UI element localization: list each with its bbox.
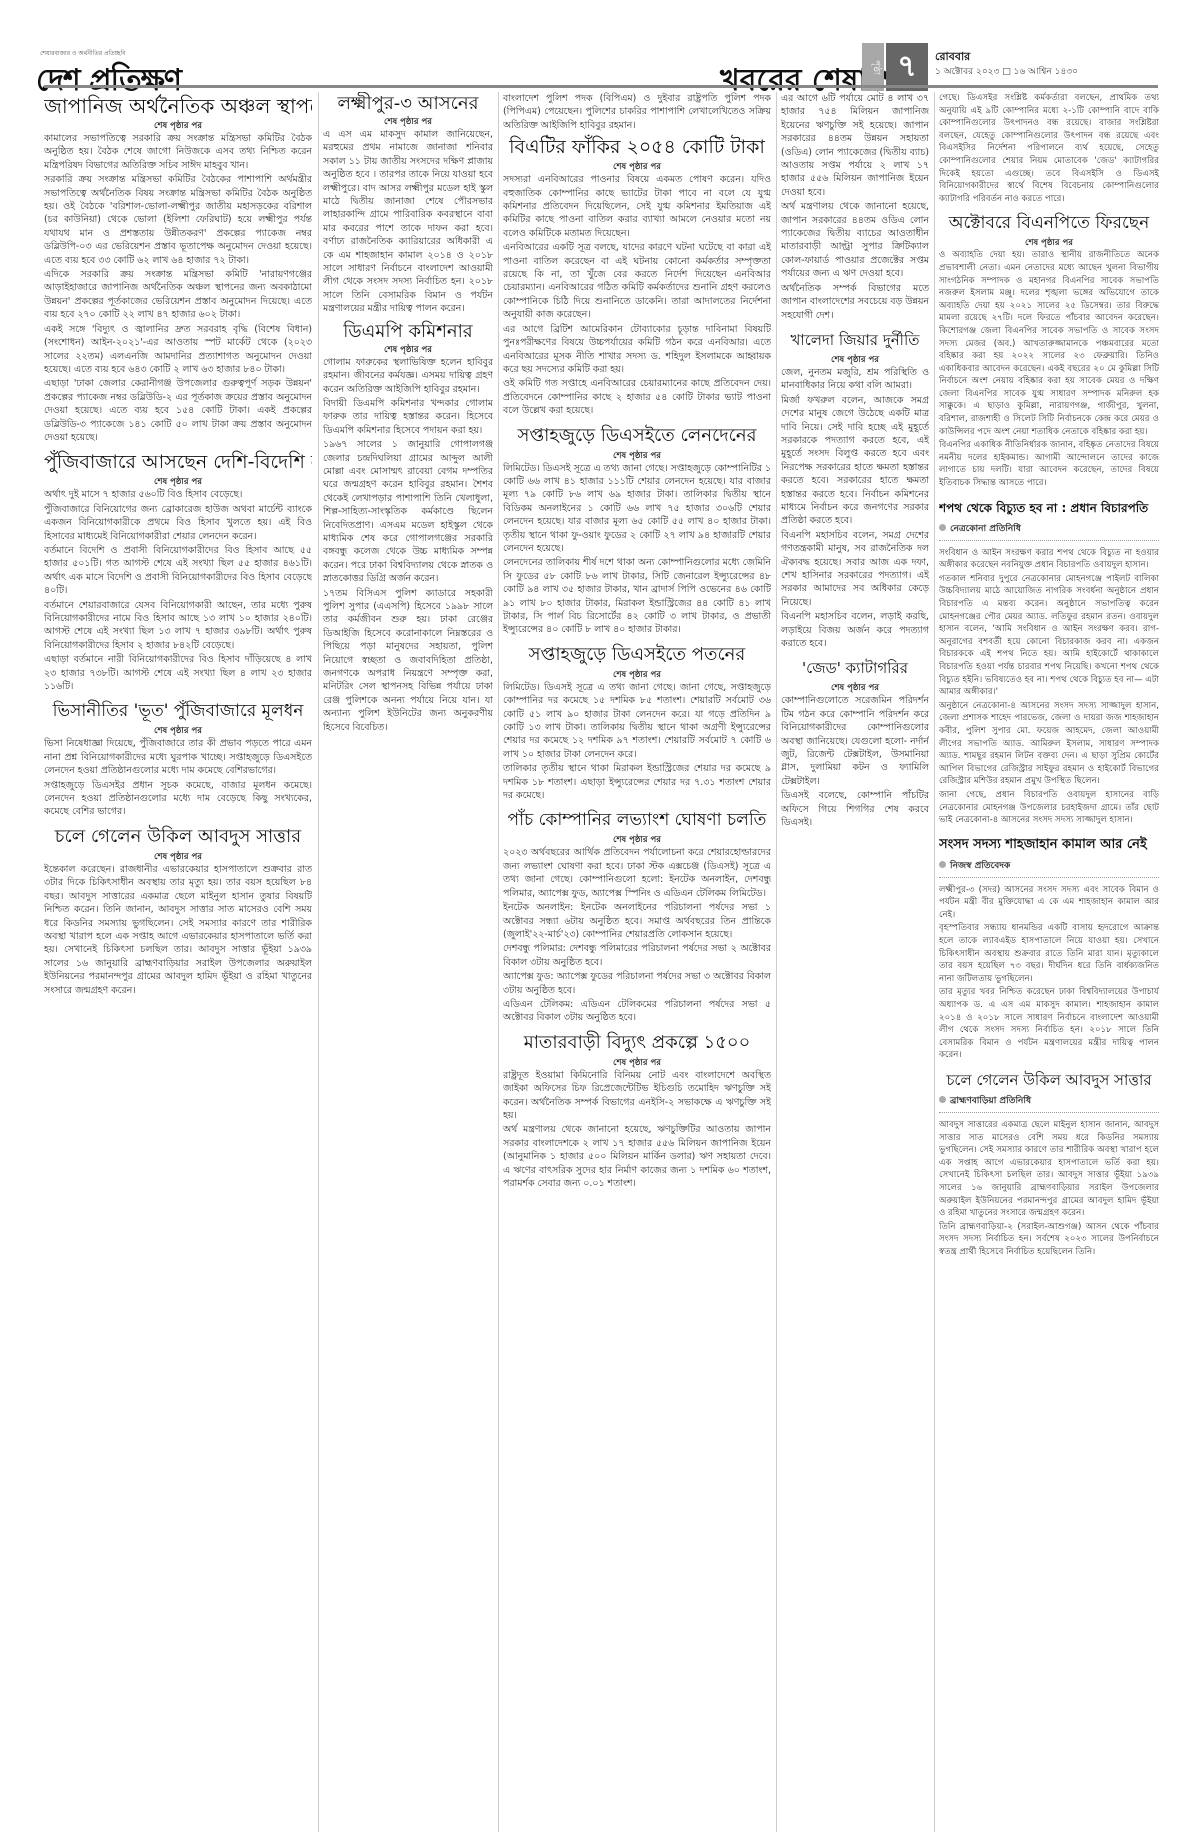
continued-label: শেষ পৃষ্ঠার পর <box>503 450 771 462</box>
paragraph: ইন্তেকাল করেছেন। রাজধানীর এভারকেয়ার হাস… <box>44 863 312 997</box>
column-fourth: এর আগে ৬টি পর্যায়ে মোট ৪ লাখ ৩৭ হাজার ৭… <box>781 92 929 1832</box>
paragraph: এ এস এম মাকসুদ কামাল জানিয়েছেন, মরহুমের… <box>323 128 493 316</box>
headline[interactable]: লক্ষ্মীপুর-৩ আসনের <box>323 92 493 116</box>
byline: নিজস্ব প্রতিবেদক <box>939 859 1159 878</box>
paragraph: ওই কমিটি গত সপ্তাহে এনবিআরের চেয়ারম্যান… <box>503 377 771 417</box>
continued-label: শেষ পৃষ্ঠার পর <box>44 851 312 863</box>
paragraph: লিমিটেড। ডিএসই সূত্রে এ তথ্য জানা গেছে। … <box>503 681 771 761</box>
byline: ব্রাহ্মণবাড়িয়া প্রতিনিধি <box>939 1094 1159 1113</box>
paragraph: ১৯৬৭ সালের ১ জানুয়ারি গোপালগঞ্জ জেলার চ… <box>323 438 493 585</box>
paragraph: বিদায়ী ডিএমপি কমিশনার খন্দকার গোলাম ফার… <box>323 397 493 437</box>
paragraph: সপ্তাহজুড়ে ডিএসইর প্রধান সূচক কমেছে, বা… <box>44 779 312 819</box>
paragraph: বাংলাদেশ পুলিশ পদক (বিপিএম) ও দুইবার রাষ… <box>503 92 771 132</box>
paragraph: লেনদেনের তালিকায় শীর্ষ দশে থাকা অন্য কো… <box>503 556 771 636</box>
paragraph: অনুষ্ঠানে নেত্রকোনা-৪ আসনের সংসদ সদস্য স… <box>939 700 1159 788</box>
paragraph: বৃহস্পতিবার সন্ধ্যায় ধানমন্ডির একটি বাস… <box>939 922 1159 985</box>
paragraph: জেল, নুনতম মজুরি, শ্রম পরিস্থিতি ও মানবা… <box>781 366 929 393</box>
article-dse-decline: সপ্তাহজুড়ে ডিএসইতে পতনের শেষ পৃষ্ঠার পর… <box>503 641 771 803</box>
paragraph: মির্জা ফখরুল বলেন, আজকে সমগ্র দেশের মানু… <box>781 394 929 528</box>
paragraph: ২০২৩ অর্থবছরের আর্থিক প্রতিবেদন পর্যালোচ… <box>503 846 771 900</box>
date-line: ১ অক্টোবর ২০২৩ □ ১৬ আশ্বিন ১৪৩০ <box>935 64 1078 79</box>
paragraph: কামালের সভাপতিত্বে সরকারি ক্রয় সংক্রান্… <box>44 132 312 172</box>
article-japanese-zone: জাপানিজ অর্থনৈতিক অঞ্চল স্থাপনে শেষ পৃষ্… <box>44 92 312 444</box>
top-rule <box>44 85 1158 88</box>
headline[interactable]: বিএটির ফাঁকির ২০৫৪ কোটি টাকা <box>503 133 771 161</box>
column-left: জাপানিজ অর্থনৈতিক অঞ্চল স্থাপনে শেষ পৃষ্… <box>44 92 312 1832</box>
paragraph: তিনি ব্রাহ্মণবাড়িয়া-২ (সরাইল-আশুগঞ্জ) … <box>939 1221 1159 1259</box>
headline[interactable]: ভিসানীতির 'ভূত' পুঁজিবাজারে মূলধন <box>44 697 312 725</box>
continued-label: শেষ পৃষ্ঠার পর <box>323 116 493 128</box>
paragraph: বিএনপি মহাসচিব বলেন, লড়াই করছি, লড়াইয়… <box>781 610 929 650</box>
continued-label: শেষ পৃষ্ঠার পর <box>44 476 312 488</box>
paragraph: ভিসা নিষেধাজ্ঞা দিয়েছে, পুঁজিবাজারে তার… <box>44 737 312 777</box>
paragraph: জানা গেছে, প্রধান বিচারপতি ওবায়দুল হাসা… <box>939 789 1159 827</box>
paragraph: বিএনপি মহাসচিব বলেন, সমগ্র দেশের গণতন্ত্… <box>781 529 929 609</box>
paragraph: গোলাম ফারুকের স্থলাভিষিক্ত হলেন হাবিবুর … <box>323 356 493 396</box>
continued-label: শেষ পৃষ্ঠার পর <box>503 161 771 173</box>
paragraph: ও অব্যাহতি দেয়া হয়। তারাও স্থানীয় রাজ… <box>939 249 1159 438</box>
headline[interactable]: সপ্তাহজুড়ে ডিএসইতে লেনদেনের <box>503 422 771 450</box>
headline[interactable]: জাপানিজ অর্থনৈতিক অঞ্চল স্থাপনে <box>44 92 312 120</box>
article-bat-fraud: বিএটির ফাঁকির ২০৫৪ কোটি টাকা শেষ পৃষ্ঠার… <box>503 133 771 417</box>
article-chief-justice-oath: শপথ থেকে বিচ্যুত হব না : প্রধান বিচারপতি… <box>939 494 1159 827</box>
paragraph: সংবিধান ও আইন সংরক্ষণ করার শপথ থেকে বিচ্… <box>939 547 1159 572</box>
paragraph: কোম্পানিগুলোতে সরেজমিন পরিদর্শন টিম গঠন … <box>781 694 929 788</box>
article-matarbari: মাতারবাড়ী বিদ্যুৎ প্রকল্পে ১৫০০ শেষ পৃষ… <box>503 1029 771 1191</box>
paragraph: এছাড়া 'ঢাকা জেলার কেরানীগঞ্জ উপজেলার গু… <box>44 377 312 444</box>
paragraph: লিমিটেড। ডিএসই সূত্রে এ তথ্য জানা গেছে। … <box>503 462 771 556</box>
headline[interactable]: অক্টোবরে বিএনপিতে ফিরছেন <box>939 209 1159 237</box>
continued-label: শেষ পৃষ্ঠার পর <box>781 682 929 694</box>
paragraph: বর্তমানে শেয়ারবাজারে যেসব বিনিয়োগকারী … <box>44 599 312 653</box>
page-label: পৃষ্ঠা <box>862 43 884 91</box>
headline[interactable]: চলে গেলেন উকিল আবদুস সাত্তার <box>939 1066 1159 1094</box>
continued-label: শেষ পৃষ্ঠার পর <box>939 237 1159 249</box>
paragraph: এছাড়া বর্তমানে নারী বিনিয়োগকারীদের বিও… <box>44 653 312 693</box>
headline[interactable]: 'জেড' ক্যাটাগরির <box>781 654 929 682</box>
article-khaleda-corruption: খালেদা জিয়ার দুর্নীতি শেষ পৃষ্ঠার পর জে… <box>781 326 929 651</box>
paragraph: এর আগে ব্রিটিশ আমেরিকান টোব্যাকোর চূড়ান… <box>503 323 771 377</box>
paragraph: পুঁজিবাজারে বিনিয়োগের জন্য ব্রোকারেজ হা… <box>44 503 312 543</box>
continued-label: শেষ পৃষ্ঠার পর <box>323 344 493 356</box>
column-divider <box>318 92 319 1832</box>
column-middle: বাংলাদেশ পুলিশ পদক (বিপিএম) ও দুইবার রাষ… <box>503 92 771 1832</box>
headline[interactable]: সপ্তাহজুড়ে ডিএসইতে পতনের <box>503 641 771 669</box>
paragraph: গতকাল শনিবার দুপুরে নেত্রকোনার মোহনগঞ্জে… <box>939 573 1159 699</box>
masthead: শেয়ারবাজার ও অর্থনীতির প্রতিচ্ছবি দেশ প… <box>0 30 1200 90</box>
bullet-dot-icon <box>939 861 946 868</box>
paragraph: এদিকে সরকারি ক্রয় সংক্রান্ত মন্ত্রিসভা … <box>44 268 312 322</box>
paragraph: অর্থাৎ দুই মাসে ৭ হাজার ৫৬০টি বিও হিসাব … <box>44 488 312 501</box>
paragraph: লক্ষ্মীপুর-৩ (সদর) আসনের সংসদ সদস্য এবং … <box>939 884 1159 922</box>
article-bnp-october: অক্টোবরে বিএনপিতে ফিরছেন শেষ পৃষ্ঠার পর … <box>939 209 1159 489</box>
paragraph: অর্থ মন্ত্রণালয় থেকে জানানো হয়েছে, ঋণচ… <box>503 1123 771 1190</box>
paragraph: অ্যাপেক্স ফুড: অ্যাপেক্স ফুডের পরিচালনা … <box>503 970 771 997</box>
column-right: গেছে। ডিএসইর সংশ্লিষ্ট কর্মকর্তারা বলছেন… <box>939 92 1159 1832</box>
paragraph: সদস্যরা এনবিআরের পাওনার বিষয়ে একমত পোষণ… <box>503 173 771 240</box>
page-number: ৭ <box>886 43 928 91</box>
headline[interactable]: খালেদা জিয়ার দুর্নীতি <box>781 326 929 354</box>
article-lawyer-sattar-left: চলে গেলেন উকিল আবদুস সাত্তার শেষ পৃষ্ঠার… <box>44 823 312 997</box>
article-lawyer-sattar-right: চলে গেলেন উকিল আবদুস সাত্তার ব্রাহ্মণবাড… <box>939 1066 1159 1259</box>
continued-label: শেষ পৃষ্ঠার পর <box>44 120 312 132</box>
headline[interactable]: চলে গেলেন উকিল আবদুস সাত্তার <box>44 823 312 851</box>
article-dse-transactions: সপ্তাহজুড়ে ডিএসইতে লেনদেনের শেষ পৃষ্ঠার… <box>503 422 771 637</box>
paragraph: এনবিআরের একটি সূত্র বলছে, যাদের কারণে ঘট… <box>503 241 771 321</box>
article-five-companies-dividend: পাঁচ কোম্পানির লভ্যাংশ ঘোষণা চলতি শেষ পৃ… <box>503 806 771 1024</box>
column-divider <box>934 92 935 1832</box>
paragraph: তার মৃত্যুর খবর নিশ্চিত করেছেন ঢাকা বিশ্… <box>939 986 1159 1062</box>
headline[interactable]: সংসদ সদস্য শাহজাহান কামাল আর নেই <box>939 831 1159 859</box>
continued-label: শেষ পৃষ্ঠার পর <box>44 725 312 737</box>
headline[interactable]: মাতারবাড়ী বিদ্যুৎ প্রকল্পে ১৫০০ <box>503 1029 771 1057</box>
paragraph: গেছে। ডিএসইর সংশ্লিষ্ট কর্মকর্তারা বলছেন… <box>939 92 1159 205</box>
paragraph: এডিএন টেলিকম: এডিএন টেলিকমের পরিচালনা পর… <box>503 998 771 1025</box>
paragraph: রাষ্ট্রদূত ইওয়ামা কিমিনোরি বিনিময় নোট … <box>503 1069 771 1123</box>
paragraph: অর্থ মন্ত্রণালয় থেকে জানানো হয়েছে, জাপ… <box>781 200 929 280</box>
column-divider <box>498 92 499 1832</box>
byline: নেত্রকোনা প্রতিনিধি <box>939 522 1159 541</box>
continued-label: শেষ পৃষ্ঠার পর <box>781 354 929 366</box>
continued-label: শেষ পৃষ্ঠার পর <box>503 1057 771 1069</box>
column-second: লক্ষ্মীপুর-৩ আসনের শেষ পৃষ্ঠার পর এ এস এ… <box>323 92 493 1832</box>
paragraph: ডিএসই বলেছে, কোম্পানি পাঁচটির অফিসে গিয়… <box>781 789 929 829</box>
continued-label: শেষ পৃষ্ঠার পর <box>503 669 771 681</box>
article-dmp-commissioner: ডিএমপি কমিশনার শেষ পৃষ্ঠার পর গোলাম ফারু… <box>323 320 493 734</box>
article-visa-policy-ghost: ভিসানীতির 'ভূত' পুঁজিবাজারে মূলধন শেষ পৃ… <box>44 697 312 818</box>
article-capital-market-new: পুঁজিবাজারে আসছেন দেশি-বিদেশি নতুন শেষ প… <box>44 448 312 693</box>
paragraph: দেশবন্ধু পলিমার: দেশবন্ধু পলিমারের পরিচা… <box>503 942 771 969</box>
paragraph: ইনটেক অনলাইন: ইনটেক অনলাইনের পরিচালনা পর… <box>503 901 771 941</box>
bullet-dot-icon <box>939 524 946 531</box>
continued-label: শেষ পৃষ্ঠার পর <box>503 834 771 846</box>
paragraph: একই সঙ্গে 'বিদ্যুৎ ও জ্বালানির দ্রুত সরব… <box>44 323 312 377</box>
paragraph: বিএনপির একাধিক নীতিনির্ধারক জানান, বহিষ্… <box>939 439 1159 489</box>
column-divider <box>776 92 777 1832</box>
paragraph: অর্থনৈতিক সম্পর্ক বিভাগের মতে জাপান বাংল… <box>781 282 929 322</box>
headline[interactable]: পুঁজিবাজারে আসছেন দেশি-বিদেশি নতুন <box>44 448 312 476</box>
paragraph: তালিকার তৃতীয় স্থানে থাকা মিরাকল ইন্ডাস… <box>503 762 771 802</box>
paragraph: এর আগে ৬টি পর্যায়ে মোট ৪ লাখ ৩৭ হাজার ৭… <box>781 92 929 199</box>
article-z-category: 'জেড' ক্যাটাগরির শেষ পৃষ্ঠার পর কোম্পানি… <box>781 654 929 829</box>
bullet-dot-icon <box>939 1096 946 1103</box>
paragraph: আবদুস সাত্তারের একমাত্র ছেলে মাইনুল হাসা… <box>939 1119 1159 1220</box>
paragraph: বর্তমানে বিদেশি ও প্রবাসী বিনিয়োগকারীদে… <box>44 544 312 598</box>
headline[interactable]: পাঁচ কোম্পানির লভ্যাংশ ঘোষণা চলতি <box>503 806 771 834</box>
paragraph: ১৭তম বিসিএস পুলিশ ক্যাডারে সহকারী পুলিশ … <box>323 587 493 734</box>
headline[interactable]: ডিএমপি কমিশনার <box>323 320 493 344</box>
paragraph: সরকারি ক্রয় সংক্রান্ত মন্ত্রিসভা কমিটির… <box>44 173 312 267</box>
article-mp-shahjahan-kamal: সংসদ সদস্য শাহজাহান কামাল আর নেই নিজস্ব … <box>939 831 1159 1062</box>
article-lakshmipur3: লক্ষ্মীপুর-৩ আসনের শেষ পৃষ্ঠার পর এ এস এ… <box>323 92 493 316</box>
headline[interactable]: শপথ থেকে বিচ্যুত হব না : প্রধান বিচারপতি <box>939 494 1159 522</box>
